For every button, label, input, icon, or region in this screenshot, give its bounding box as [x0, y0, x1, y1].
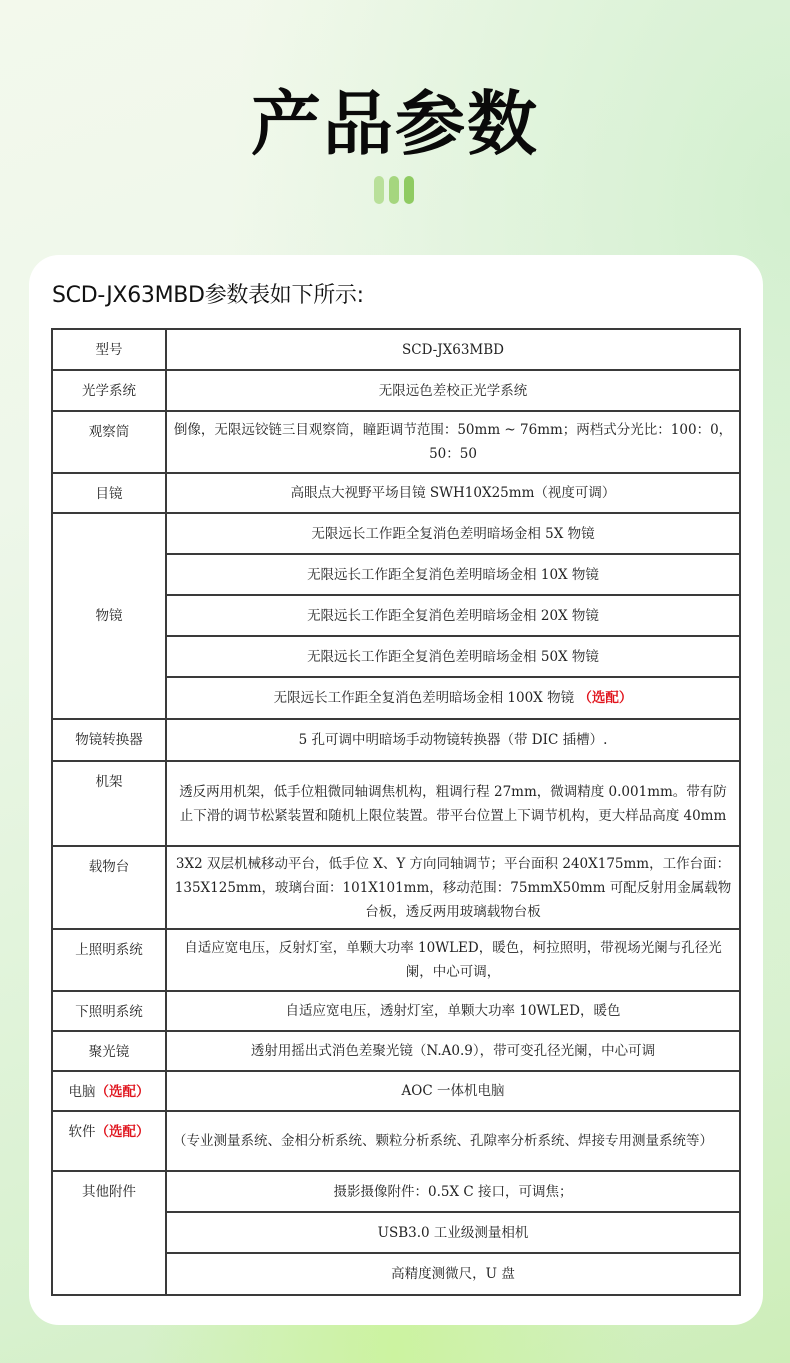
- table-row: 光学系统 无限远色差校正光学系统: [52, 370, 740, 411]
- row-label: 聚光镜: [52, 1031, 166, 1071]
- optional-tag: （选配）: [96, 1124, 150, 1140]
- row-label: 物镜: [52, 513, 166, 719]
- row-value: （专业测量系统、金相分析系统、颗粒分析系统、孔隙率分析系统、焊接专用测量系统等）: [166, 1111, 740, 1171]
- row-value: 无限远长工作距全复消色差明暗场金相 50X 物镜: [166, 636, 740, 677]
- row-value: 5 孔可调中明暗场手动物镜转换器（带 DIC 插槽）.: [166, 719, 740, 761]
- row-label: 软件: [69, 1124, 96, 1140]
- row-label: 上照明系统: [52, 929, 166, 991]
- row-label: 电脑: [69, 1084, 96, 1100]
- row-label: 光学系统: [52, 370, 166, 411]
- row-value: SCD-JX63MBD: [166, 329, 740, 370]
- table-row: 上照明系统 自适应宽电压，反射灯室，单颗大功率 10WLED，暖色，柯拉照明，带…: [52, 929, 740, 991]
- row-value: 自适应宽电压，反射灯室，单颗大功率 10WLED，暖色，柯拉照明，带视场光阑与孔…: [166, 929, 740, 991]
- table-row: 物镜转换器 5 孔可调中明暗场手动物镜转换器（带 DIC 插槽）.: [52, 719, 740, 761]
- table-row: 软件（选配） （专业测量系统、金相分析系统、颗粒分析系统、孔隙率分析系统、焊接专…: [52, 1111, 740, 1171]
- decor-bar-icon: [374, 176, 384, 204]
- row-value: 无限远长工作距全复消色差明暗场金相 10X 物镜: [166, 554, 740, 595]
- table-row: 机架 透反两用机架，低手位粗微同轴调焦机构，粗调行程 27mm，微调精度 0.0…: [52, 761, 740, 846]
- table-row: 目镜 高眼点大视野平场目镜 SWH10X25mm（视度可调）: [52, 473, 740, 513]
- row-label: 下照明系统: [52, 991, 166, 1031]
- spec-table: 型号 SCD-JX63MBD 光学系统 无限远色差校正光学系统 观察筒 倒像，无…: [51, 328, 741, 1296]
- table-row: 聚光镜 透射用摇出式消色差聚光镜（N.A0.9），带可变孔径光阑，中心可调: [52, 1031, 740, 1071]
- table-row: 电脑（选配） AOC 一体机电脑: [52, 1071, 740, 1111]
- table-row: 下照明系统 自适应宽电压，透射灯室，单颗大功率 10WLED，暖色: [52, 991, 740, 1031]
- decor-bars: [374, 176, 414, 204]
- row-label-cell: 电脑（选配）: [52, 1071, 166, 1111]
- table-row: 观察筒 倒像，无限远铰链三目观察筒，瞳距调节范围：50mm ~ 76mm；两档式…: [52, 411, 740, 473]
- row-value: 无限远长工作距全复消色差明暗场金相 20X 物镜: [166, 595, 740, 636]
- row-value: 无限远色差校正光学系统: [166, 370, 740, 411]
- table-row: 载物台 3X2 双层机械移动平台，低手位 X、Y 方向同轴调节；平台面积 240…: [52, 846, 740, 929]
- row-value: 倒像，无限远铰链三目观察筒，瞳距调节范围：50mm ~ 76mm；两档式分光比：…: [166, 411, 740, 473]
- optional-tag: （选配）: [578, 690, 632, 706]
- row-label: 物镜转换器: [52, 719, 166, 761]
- row-label: 观察筒: [52, 411, 166, 473]
- row-value: 3X2 双层机械移动平台，低手位 X、Y 方向同轴调节；平台面积 240X175…: [166, 846, 740, 929]
- row-value: USB3.0 工业级测量相机: [166, 1212, 740, 1253]
- row-value: AOC 一体机电脑: [166, 1071, 740, 1111]
- row-value: 自适应宽电压，透射灯室，单颗大功率 10WLED，暖色: [166, 991, 740, 1031]
- row-label: 其他附件: [52, 1171, 166, 1295]
- row-value: 透反两用机架，低手位粗微同轴调焦机构，粗调行程 27mm，微调精度 0.001m…: [166, 761, 740, 846]
- page-title: 产品参数: [0, 68, 790, 169]
- row-value: 摄影摄像附件：0.5X C 接口，可调焦；: [166, 1171, 740, 1212]
- row-label: 目镜: [52, 473, 166, 513]
- row-value: 无限远长工作距全复消色差明暗场金相 5X 物镜: [166, 513, 740, 554]
- row-value: 高眼点大视野平场目镜 SWH10X25mm（视度可调）: [166, 473, 740, 513]
- table-row: 其他附件 摄影摄像附件：0.5X C 接口，可调焦；: [52, 1171, 740, 1212]
- row-label: 机架: [52, 761, 166, 846]
- table-row: 物镜 无限远长工作距全复消色差明暗场金相 5X 物镜: [52, 513, 740, 554]
- optional-tag: （选配）: [96, 1084, 150, 1100]
- decor-bar-icon: [389, 176, 399, 204]
- row-label: 型号: [52, 329, 166, 370]
- decor-bar-icon: [404, 176, 414, 204]
- value-text: 无限远长工作距全复消色差明暗场金相 100X 物镜: [274, 690, 574, 706]
- row-label: 载物台: [52, 846, 166, 929]
- row-label-cell: 软件（选配）: [52, 1111, 166, 1171]
- table-row: 型号 SCD-JX63MBD: [52, 329, 740, 370]
- row-value: 无限远长工作距全复消色差明暗场金相 100X 物镜 （选配）: [166, 677, 740, 719]
- card-subtitle: SCD-JX63MBD参数表如下所示:: [52, 278, 364, 309]
- row-value: 透射用摇出式消色差聚光镜（N.A0.9），带可变孔径光阑，中心可调: [166, 1031, 740, 1071]
- row-value: 高精度测微尺，U 盘: [166, 1253, 740, 1295]
